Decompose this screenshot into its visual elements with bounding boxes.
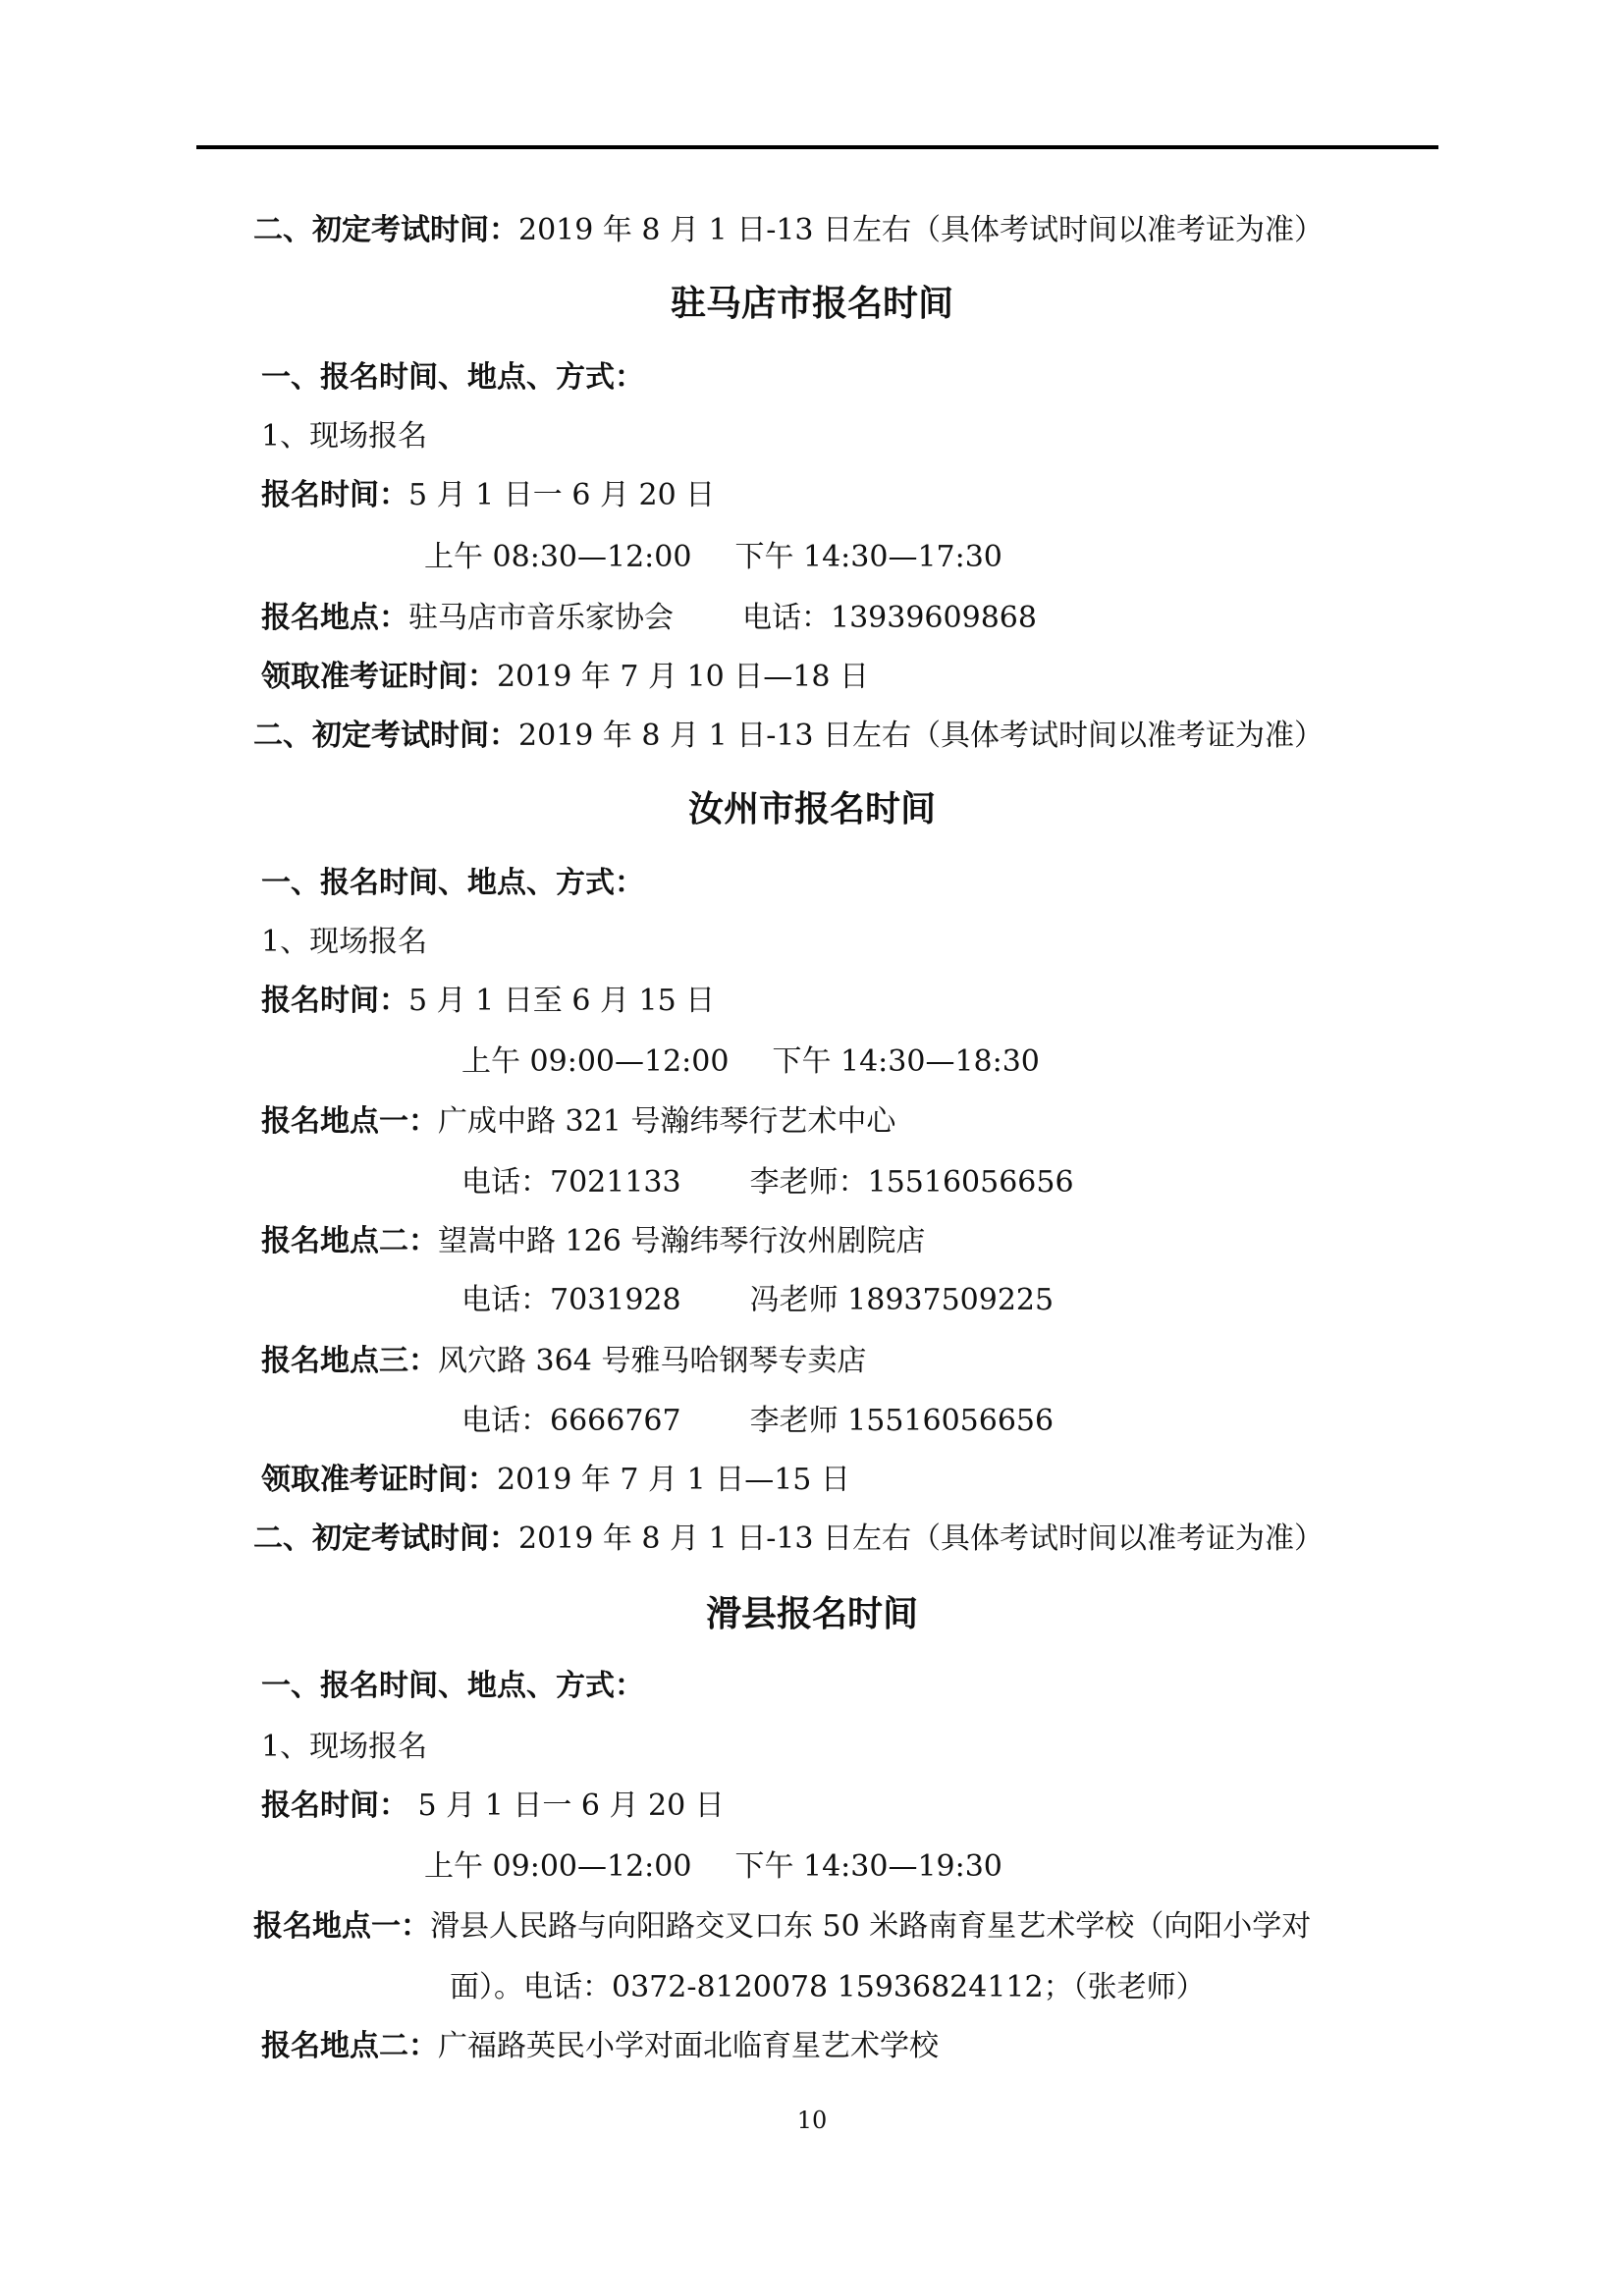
place-line-1: 报名地点一：滑县人民路与向阳路交叉口东 50 米路南育星艺术学校（向阳小学对 xyxy=(253,1907,1311,1947)
method-line: 1、现场报名 xyxy=(261,1728,427,1767)
place-label: 报名地点三： xyxy=(261,1344,438,1378)
page-number: 10 xyxy=(0,2107,1624,2134)
reg-time-line: 报名时间： 5 月 1 日一 6 月 20 日 xyxy=(261,1787,725,1826)
ticket-time-line: 领取准考证时间：2019 年 7 月 1 日—15 日 xyxy=(261,1461,850,1500)
section-heading: 一、报名时间、地点、方式： xyxy=(261,358,644,398)
exam-time-label: 二、初定考试时间： xyxy=(253,213,518,247)
reg-time-label: 报名时间： xyxy=(261,984,408,1018)
reg-time-label: 报名时间： xyxy=(261,1789,408,1823)
hours-am: 上午 08:30—12:00 xyxy=(424,540,691,574)
reg-time-label: 报名时间： xyxy=(261,478,408,512)
reg-time-value: 5 月 1 日一 6 月 20 日 xyxy=(408,478,715,512)
place-phone: 电话：7031928 xyxy=(461,1283,681,1317)
exam-time-value: 2019 年 8 月 1 日-13 日左右（具体考试时间以准考证为准） xyxy=(518,719,1324,753)
place-contact: 李老师：15516056656 xyxy=(750,1165,1074,1200)
section-heading: 一、报名时间、地点、方式： xyxy=(261,1667,644,1706)
reg-time-line: 报名时间：5 月 1 日至 6 月 15 日 xyxy=(261,982,715,1021)
reg-time-value: 5 月 1 日至 6 月 15 日 xyxy=(408,984,715,1018)
place-value: 望嵩中路 126 号瀚纬琴行汝州剧院店 xyxy=(438,1224,925,1258)
exam-time-label: 二、初定考试时间： xyxy=(253,1522,518,1556)
place-value: 风穴路 364 号雅马哈钢琴专卖店 xyxy=(438,1344,866,1378)
section-title-ruzhou: 汝州市报名时间 xyxy=(0,787,1624,832)
place-contact-line-3: 电话：6666767李老师 15516056656 xyxy=(461,1402,1054,1441)
method-line: 1、现场报名 xyxy=(261,417,427,456)
header-rule xyxy=(196,145,1438,149)
exam-time-value: 2019 年 8 月 1 日-13 日左右（具体考试时间以准考证为准） xyxy=(518,213,1324,247)
hours-pm: 下午 14:30—19:30 xyxy=(734,1849,1001,1884)
hours-pm: 下午 14:30—17:30 xyxy=(734,540,1001,574)
exam-time-line: 二、初定考试时间：2019 年 8 月 1 日-13 日左右（具体考试时间以准考… xyxy=(253,717,1324,756)
hours-am: 上午 09:00—12:00 xyxy=(424,1849,691,1884)
place-contact: 冯老师 18937509225 xyxy=(750,1283,1055,1317)
place-phone: 电话：7021133 xyxy=(461,1165,681,1200)
place-phone: 电话：13939609868 xyxy=(742,601,1037,635)
exam-time-line: 二、初定考试时间：2019 年 8 月 1 日-13 日左右（具体考试时间以准考… xyxy=(253,211,1324,250)
place-line-2: 报名地点二：望嵩中路 126 号瀚纬琴行汝州剧院店 xyxy=(261,1222,925,1261)
ticket-time-value: 2019 年 7 月 10 日—18 日 xyxy=(497,660,869,694)
place-line-3: 报名地点三：风穴路 364 号雅马哈钢琴专卖店 xyxy=(261,1342,866,1381)
reg-time-line: 报名时间：5 月 1 日一 6 月 20 日 xyxy=(261,476,715,515)
place-line-1-cont: 面）。电话：0372-8120078 15936824112；（张老师） xyxy=(450,1968,1206,2007)
section-title-zhumadian: 驻马店市报名时间 xyxy=(0,282,1624,327)
ticket-time-label: 领取准考证时间： xyxy=(261,660,497,694)
reg-time-value: 5 月 1 日一 6 月 20 日 xyxy=(408,1789,725,1823)
hours-pm: 下午 14:30—18:30 xyxy=(772,1044,1039,1079)
section-heading: 一、报名时间、地点、方式： xyxy=(261,864,644,903)
hours-am: 上午 09:00—12:00 xyxy=(461,1044,729,1079)
place-value: 广成中路 321 号瀚纬琴行艺术中心 xyxy=(438,1104,895,1139)
method-line: 1、现场报名 xyxy=(261,923,427,962)
place-label: 报名地点一： xyxy=(253,1909,430,1944)
hours-line: 上午 09:00—12:00下午 14:30—18:30 xyxy=(461,1042,1040,1082)
place-line: 报名地点：驻马店市音乐家协会电话：13939609868 xyxy=(261,599,1037,638)
exam-time-value: 2019 年 8 月 1 日-13 日左右（具体考试时间以准考证为准） xyxy=(518,1522,1324,1556)
exam-time-label: 二、初定考试时间： xyxy=(253,719,518,753)
place-label: 报名地点： xyxy=(261,601,408,635)
place-contact-line-1: 电话：7021133李老师：15516056656 xyxy=(461,1163,1074,1202)
place-label: 报名地点二： xyxy=(261,2029,438,2063)
ticket-time-line: 领取准考证时间：2019 年 7 月 10 日—18 日 xyxy=(261,658,869,697)
place-phone: 电话：6666767 xyxy=(461,1404,681,1438)
ticket-time-value: 2019 年 7 月 1 日—15 日 xyxy=(497,1463,850,1497)
hours-line: 上午 09:00—12:00下午 14:30—19:30 xyxy=(424,1847,1002,1887)
place-label: 报名地点一： xyxy=(261,1104,438,1139)
section-title-huaxian: 滑县报名时间 xyxy=(0,1592,1624,1637)
place-label: 报名地点二： xyxy=(261,1224,438,1258)
place-contact: 李老师 15516056656 xyxy=(750,1404,1055,1438)
place-value: 滑县人民路与向阳路交叉口东 50 米路南育星艺术学校（向阳小学对 xyxy=(430,1909,1311,1944)
place-line-2: 报名地点二：广福路英民小学对面北临育星艺术学校 xyxy=(261,2027,939,2066)
place-value: 驻马店市音乐家协会 xyxy=(408,601,674,635)
place-line-1: 报名地点一：广成中路 321 号瀚纬琴行艺术中心 xyxy=(261,1102,895,1142)
hours-line: 上午 08:30—12:00下午 14:30—17:30 xyxy=(424,538,1002,577)
place-value: 广福路英民小学对面北临育星艺术学校 xyxy=(438,2029,939,2063)
exam-time-line: 二、初定考试时间：2019 年 8 月 1 日-13 日左右（具体考试时间以准考… xyxy=(253,1520,1324,1559)
ticket-time-label: 领取准考证时间： xyxy=(261,1463,497,1497)
place-contact-line-2: 电话：7031928冯老师 18937509225 xyxy=(461,1281,1054,1320)
